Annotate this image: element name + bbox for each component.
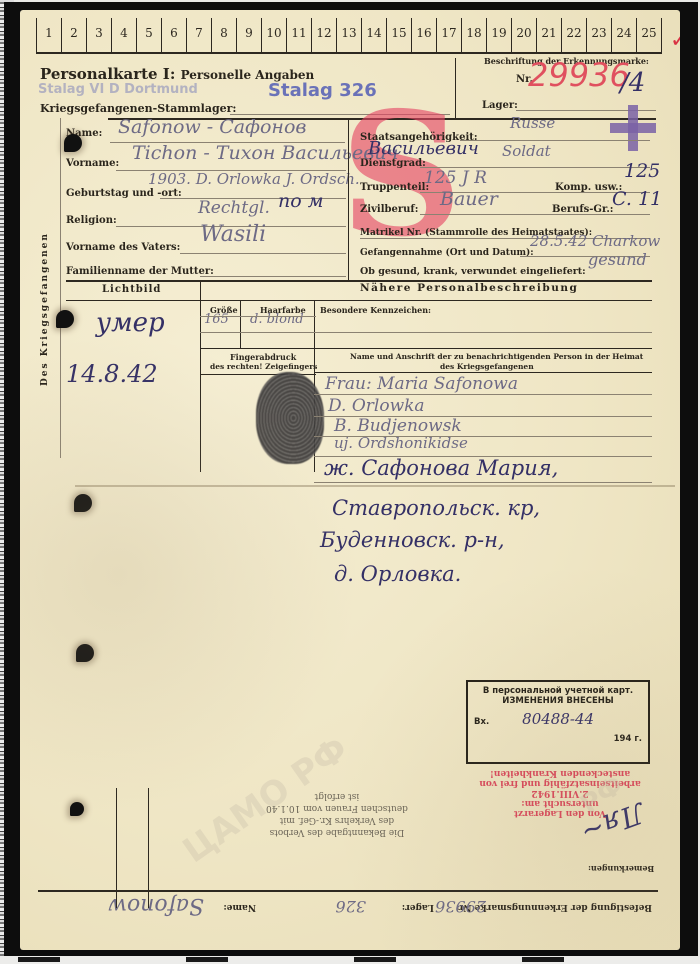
staat-value: Russe xyxy=(510,114,555,132)
ruler-cell: 18 xyxy=(461,18,486,52)
ruler-cell: 6 xyxy=(161,18,186,52)
ruler-cell: 14 xyxy=(361,18,386,52)
punch-hole xyxy=(56,310,74,328)
ruler-cell: 17 xyxy=(436,18,461,52)
contact-line-3: B. Budjenowsk xyxy=(334,416,462,436)
desc-line-1 xyxy=(200,316,316,317)
erkennungsmarke-suffix: /4 xyxy=(620,68,645,98)
ruler-cell: 21 xyxy=(536,18,561,52)
ruler-cell: 1 xyxy=(36,18,61,52)
desc-line-2 xyxy=(200,332,652,333)
berufs-value: C. 11 xyxy=(612,188,662,210)
bemerkungen-label: Bemerkungen: xyxy=(588,864,654,874)
ruler-cell: 12 xyxy=(311,18,336,52)
ruler-cell: 23 xyxy=(586,18,611,52)
column-divider xyxy=(348,118,349,280)
groesse-divider xyxy=(240,300,241,348)
ruler-cell: 15 xyxy=(386,18,411,52)
contact-line-4: uj. Ordshonikidse xyxy=(334,434,468,452)
lager-label: Lager: xyxy=(482,100,518,111)
ruler-cell: 4 xyxy=(111,18,136,52)
lichtbild-label: Lichtbild xyxy=(102,284,161,295)
ruler-cell: 11 xyxy=(286,18,311,52)
russian-address-1: ж. Сафонова Мария, xyxy=(324,456,558,480)
vorname-label: Vorname: xyxy=(66,158,119,169)
staat-line xyxy=(460,140,650,141)
russian-address-3: Буденновск. р-н, xyxy=(320,528,505,552)
komp-value: 125 xyxy=(624,160,660,182)
contact-rule xyxy=(314,372,652,373)
ruler-cell: 20 xyxy=(511,18,536,52)
finger-label-1: Fingerabdruck xyxy=(230,352,296,362)
haarfarbe-value: d. blond xyxy=(250,312,304,327)
punch-hole xyxy=(64,134,82,152)
photo-divider xyxy=(200,282,201,472)
scan-bottom-strip xyxy=(0,956,700,964)
desc-line-3 xyxy=(200,348,652,349)
zivil-line xyxy=(420,214,650,215)
contact-line-2: D. Orlowka xyxy=(328,396,425,416)
section-subrule xyxy=(66,300,652,301)
personalkarte-document: 1234567891011121314151617181920212223242… xyxy=(20,10,680,950)
paper-fold xyxy=(75,485,675,487)
footer-row: Befestigung der Erkennungsmarke Nr. 2993… xyxy=(60,892,656,916)
finger-label-2: des rechten! Zeigefingers xyxy=(210,362,317,371)
section-title: Nähere Personalbeschreibung xyxy=(360,282,578,294)
ussr-registration-stamp: В персональной учетной карт. ИЗМЕНЕНИЯ В… xyxy=(466,680,650,764)
geburt-value: 1903. D. Orlowka J. Ordsch. xyxy=(148,170,360,188)
russian-address-2: Ставропольск. кр, xyxy=(332,496,540,520)
punch-hole xyxy=(76,644,94,662)
ruler-cell: 3 xyxy=(86,18,111,52)
fingerprint xyxy=(256,372,324,464)
zivil-value: Bauer xyxy=(440,188,498,210)
religion-label: Religion: xyxy=(66,215,117,226)
haarfarbe-divider xyxy=(314,300,315,348)
side-label-des-kriegsgefangenen: Des Kriegsgefangenen xyxy=(40,232,50,386)
ruler-cell: 13 xyxy=(336,18,361,52)
groesse-value: 165 xyxy=(204,312,229,327)
contact-rule-5 xyxy=(314,482,652,483)
religion-value: Rechtgl. xyxy=(198,198,270,218)
russian-address-4: д. Орловка. xyxy=(334,562,461,586)
pencil-line xyxy=(148,788,149,908)
gefangen-label: Gefangennahme (Ort und Datum): xyxy=(360,248,534,258)
vater-line xyxy=(180,253,346,254)
punch-hole xyxy=(70,802,84,816)
vater-value: Wasili xyxy=(200,222,266,247)
vater-label: Vorname des Vaters: xyxy=(66,242,180,253)
contact-label-2: des Kriegsgefangenen xyxy=(440,362,534,371)
contact-label-1: Name und Anschrift der zu benachrichtige… xyxy=(350,352,643,361)
stammlager-label: Kriegsgefangenen-Stammlager: xyxy=(40,102,237,115)
pencil-line xyxy=(116,788,117,908)
ruler-cell: 8 xyxy=(211,18,236,52)
contact-line-1: Frau: Maria Safonowa xyxy=(325,374,518,394)
faded-stamp-stalag-vid: Stalag VI D Dortmund xyxy=(38,82,198,97)
patronymic-note: Васильевич xyxy=(368,138,479,159)
death-date: 14.8.42 xyxy=(66,360,158,388)
ruler-cell: 2 xyxy=(61,18,86,52)
name-value: Safonow - Сафонов xyxy=(118,116,306,138)
religion-extra: по м xyxy=(278,190,323,212)
dienstgrad-label: Dienstgrad: xyxy=(360,158,426,169)
truppenteil-label: Truppenteil: xyxy=(360,182,429,193)
contact-rule-1 xyxy=(314,394,652,395)
ruler-cell: 22 xyxy=(561,18,586,52)
margin-line xyxy=(60,118,61,458)
kennzeichen-label: Besondere Kennzeichen: xyxy=(320,305,431,315)
erkennungsmarke-number: 29936 xyxy=(528,56,630,94)
zivil-label: Zivilberuf: xyxy=(360,204,418,215)
gesund-label: Ob gesund, krank, verwundet eingeliefert… xyxy=(360,266,586,277)
numbered-ruler: 1234567891011121314151617181920212223242… xyxy=(36,18,662,54)
death-note: умер xyxy=(96,308,165,338)
truppenteil-value: 125 J R xyxy=(424,168,487,188)
ruler-cell: 9 xyxy=(236,18,261,52)
mutter-label: Familienname der Mutter: xyxy=(66,266,214,277)
red-check-mark-icon: ✓ xyxy=(670,28,680,53)
ruler-cell: 5 xyxy=(136,18,161,52)
gefangen-value: 28.5.42 Charkow xyxy=(530,232,660,250)
ruler-cell: 7 xyxy=(186,18,211,52)
ruler-cell: 19 xyxy=(486,18,511,52)
dienstgrad-value: Soldat xyxy=(502,142,551,160)
vorname-value: Tichon - Тихон Васильевич xyxy=(132,142,398,164)
punch-hole xyxy=(74,494,92,512)
ruler-cell: 16 xyxy=(411,18,436,52)
mutter-line xyxy=(200,276,346,277)
ruler-cell: 10 xyxy=(261,18,286,52)
purple-cross-stamp-icon xyxy=(610,105,656,151)
ruler-cell: 25 xyxy=(636,18,662,52)
ruler-cell: 24 xyxy=(611,18,636,52)
gesund-value: gesund xyxy=(588,250,647,269)
